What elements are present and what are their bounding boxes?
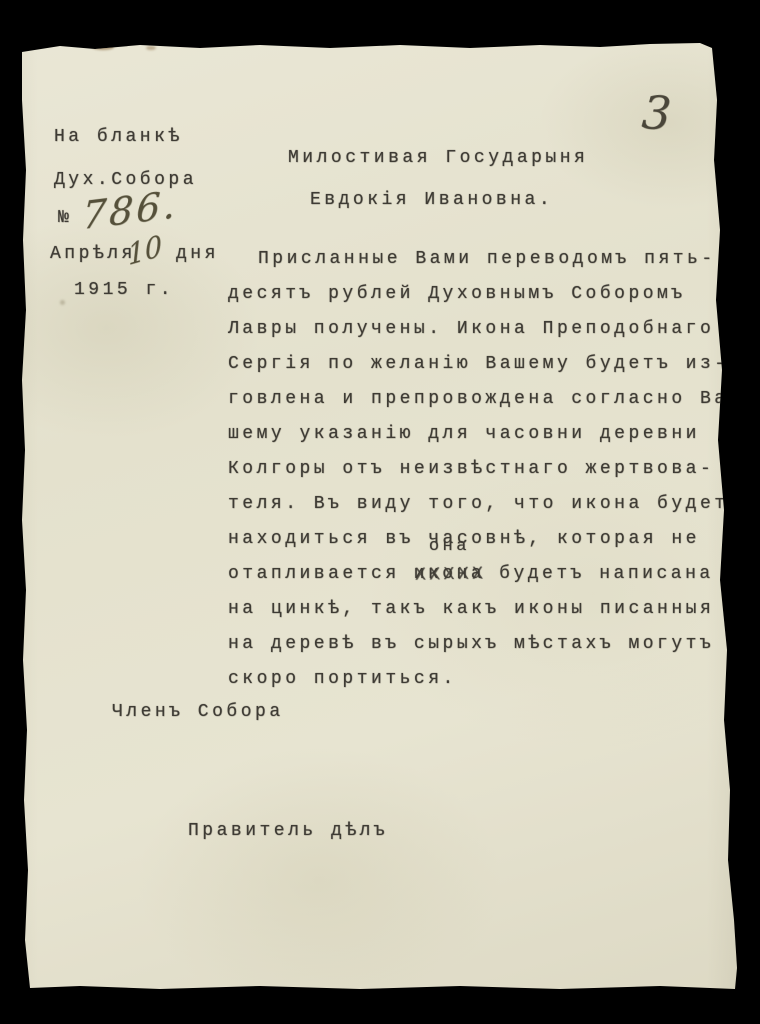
strikeout-overstrike: ХХХХХ — [414, 557, 486, 593]
number-sign: № — [58, 208, 72, 228]
body-line: Сергія по желанію Вашему будетъ из- — [228, 347, 743, 382]
letter-body: Присланные Вами переводомъ пять- десятъ … — [228, 242, 743, 697]
body-line: Колгоры отъ неизвѣстнаго жертвова- — [228, 452, 743, 487]
body-line: Лавры получены. Икона Преподобнаго — [228, 312, 743, 347]
body-line: Присланные Вами переводомъ пять- — [228, 242, 743, 277]
year-line: 1915 г. — [74, 280, 174, 300]
body-line: находиться въ часовнѣ, которая не — [228, 522, 743, 557]
struck-word: иконаХХХХХона — [414, 557, 486, 592]
body-line: говлена и препровождена согласно Ва- — [228, 382, 743, 417]
paper-stain — [146, 46, 156, 50]
handwritten-registry-number: 786. — [81, 182, 179, 238]
correction-before: отапливается — [228, 564, 400, 584]
body-line: десятъ рублей Духовнымъ Соборомъ — [228, 277, 743, 312]
signoff-clerk: Правитель дѣлъ — [188, 821, 388, 841]
salutation-line-2: Евдокія Ивановна. — [310, 190, 553, 210]
inserted-word-above: она — [429, 538, 470, 555]
paper-stain — [60, 300, 65, 305]
letterhead-line-1: На бланкѣ — [54, 127, 183, 147]
handwritten-page-number: 3 — [640, 85, 673, 141]
date-prefix: Апрѣля — [50, 244, 136, 264]
body-line: теля. Въ виду того, что икона будетъ — [228, 487, 743, 522]
correction-after: будетъ написана — [499, 564, 714, 584]
body-line: шему указанію для часовни деревни — [228, 417, 743, 452]
salutation-line-1: Милостивая Государыня — [288, 148, 588, 168]
paper-sheet: На бланкѣ Дух.Собора № Апрѣля дня 1915 г… — [0, 0, 760, 1024]
date-suffix: дня — [176, 244, 219, 264]
scanned-letter: На бланкѣ Дух.Собора № Апрѣля дня 1915 г… — [0, 0, 760, 1024]
body-line: на цинкѣ, такъ какъ иконы писанныя — [228, 592, 743, 627]
paper-stain — [92, 44, 114, 50]
body-line-with-correction: отапливаетсяиконаХХХХХонабудетъ написана — [228, 557, 743, 592]
signoff-member: Членъ Собора — [112, 702, 284, 722]
body-line: скоро портиться. — [228, 662, 743, 697]
handwritten-date-day: 10 — [127, 229, 164, 272]
body-line: на деревѣ въ сырыхъ мѣстахъ могутъ — [228, 627, 743, 662]
